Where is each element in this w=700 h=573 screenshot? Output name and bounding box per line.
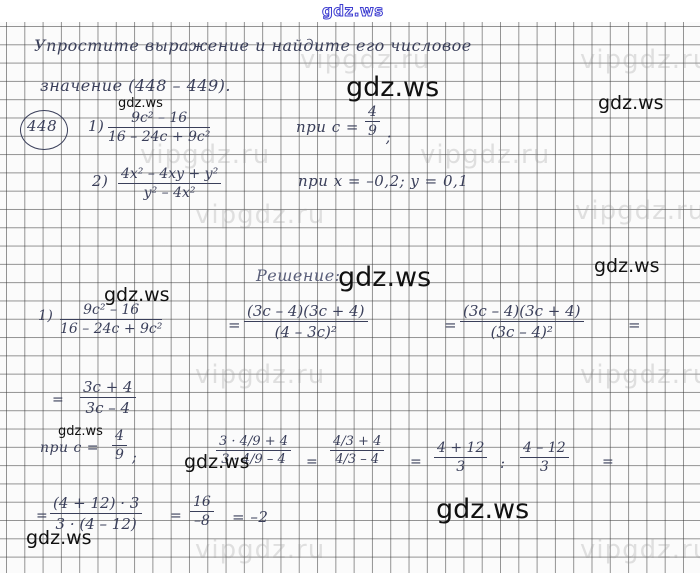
- solution-heading: Решение:: [256, 266, 341, 285]
- numerator: 3 · 4/9 + 4: [216, 434, 291, 451]
- denominator: 9: [112, 446, 127, 463]
- equals-sign: =: [170, 508, 182, 524]
- step-1-label: 1): [38, 308, 53, 324]
- gdz-watermark: gdz.ws: [346, 72, 439, 103]
- faint-watermark: vipgdz.ru: [420, 140, 550, 170]
- numerator: (3c – 4)(3c + 4): [460, 302, 584, 322]
- faint-watermark: vipgdz.ru: [195, 535, 325, 565]
- cond-numerator: 4: [365, 104, 380, 122]
- instruction-line-2: значение (448 – 449).: [40, 76, 231, 95]
- item-1-label: 1): [88, 117, 104, 135]
- numerator: 4: [112, 428, 127, 446]
- gdz-watermark: gdz.ws: [594, 255, 660, 277]
- faint-watermark: vipgdz.ru: [195, 200, 325, 230]
- equals-sign: =: [36, 508, 48, 524]
- cond-denominator: 9: [365, 122, 380, 139]
- numerator: 4 + 12: [434, 440, 487, 458]
- numerator: 4/3 + 4: [330, 434, 384, 451]
- division-sign: :: [500, 454, 506, 472]
- denominator: 3: [434, 458, 487, 475]
- numerator: (4 + 12) · 3: [50, 494, 142, 514]
- gdz-watermark: gdz.ws: [598, 92, 664, 114]
- task-number: 448: [27, 117, 57, 135]
- numerator: 16: [190, 494, 214, 512]
- numerator: 3c + 4: [80, 378, 136, 398]
- faint-watermark: vipgdz.ru: [580, 45, 700, 75]
- final-result: = –2: [232, 508, 268, 526]
- gdz-watermark: gdz.ws: [184, 451, 250, 473]
- gdz-watermark: gdz.ws: [58, 424, 103, 439]
- step-3-numerator-fraction: 4 + 12 3: [434, 440, 487, 475]
- item-2-fraction: 4x² – 4xy + y² y² – 4x²: [118, 166, 221, 201]
- denominator: (4 – 3c)²: [244, 322, 368, 341]
- denominator: –8: [190, 512, 214, 529]
- item-1-fraction: 9c² – 16 16 – 24c + 9c²: [108, 110, 210, 145]
- equals-sign: =: [52, 392, 64, 408]
- gdz-watermark: gdz.ws: [118, 96, 163, 111]
- step-1-rewritten-fraction: (3c – 4)(3c + 4) (3c – 4)²: [460, 302, 584, 341]
- gdz-watermark: gdz.ws: [338, 262, 431, 293]
- step-3-condition: при c =: [40, 440, 99, 456]
- faint-watermark: vipgdz.ru: [195, 360, 325, 390]
- gdz-watermark: gdz.ws: [436, 494, 529, 525]
- denominator: 4/3 – 4: [330, 451, 384, 467]
- numerator: (3c – 4)(3c + 4): [244, 302, 368, 322]
- equals-sign: =: [306, 454, 318, 470]
- denominator: 3: [520, 458, 569, 475]
- faint-watermark: vipgdz.ru: [580, 535, 700, 565]
- step-1-lhs-fraction: 9c² – 16 16 – 24c + 9c²: [60, 302, 162, 337]
- equals-sign: =: [410, 454, 422, 470]
- item-2-numerator: 4x² – 4xy + y²: [118, 166, 221, 184]
- item-1-cond-fraction: 4 9: [365, 104, 380, 139]
- equals-sign: =: [228, 316, 241, 334]
- instruction-line-1: Упростите выражение и найдите его числов…: [34, 36, 472, 55]
- step-1-factored-fraction: (3c – 4)(3c + 4) (4 – 3c)²: [244, 302, 368, 341]
- step-3-reduced-fraction: 4/3 + 4 4/3 – 4: [330, 434, 384, 467]
- item-1-denominator: 16 – 24c + 9c²: [108, 128, 210, 145]
- gdz-logo-top: gdz.ws: [322, 2, 384, 20]
- equals-sign: =: [628, 316, 641, 334]
- item-2-denominator: y² – 4x²: [118, 184, 221, 201]
- step-3-denominator-fraction: 4 – 12 3: [520, 440, 569, 475]
- step-2-simplified-fraction: 3c + 4 3c – 4: [80, 378, 136, 417]
- item-2-label: 2): [92, 172, 108, 190]
- denominator: (3c – 4)²: [460, 322, 584, 341]
- faint-watermark: vipgdz.ru: [575, 196, 700, 226]
- item-1-cond-end: ;: [386, 128, 392, 146]
- gdz-watermark: gdz.ws: [104, 284, 170, 306]
- equals-sign: =: [444, 316, 457, 334]
- faint-watermark: vipgdz.ru: [580, 360, 700, 390]
- item-1-numerator: 9c² – 16: [108, 110, 210, 128]
- gdz-watermark: gdz.ws: [26, 527, 92, 549]
- step-4-result-fraction: 16 –8: [190, 494, 214, 529]
- numerator: 4 – 12: [520, 440, 569, 458]
- item-2-condition: при x = –0,2; y = 0,1: [298, 172, 468, 190]
- denominator: 16 – 24c + 9c²: [60, 320, 162, 337]
- cond-end: ;: [132, 450, 137, 466]
- item-1-condition: при c =: [296, 118, 359, 136]
- step-3-cond-fraction: 4 9: [112, 428, 127, 463]
- equals-sign: =: [602, 454, 614, 470]
- denominator: 3c – 4: [80, 398, 136, 417]
